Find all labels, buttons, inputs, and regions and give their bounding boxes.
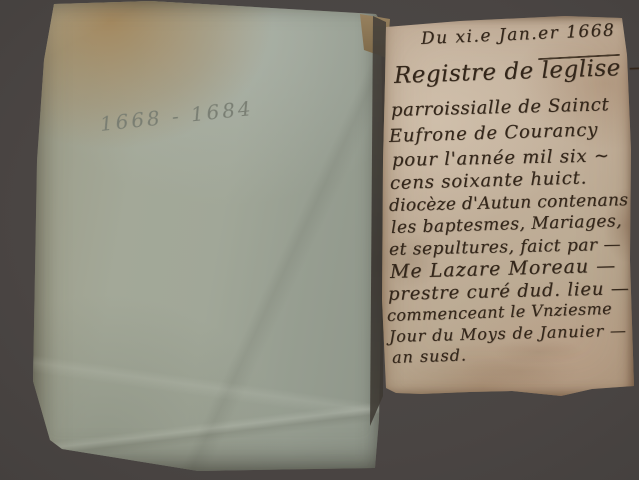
- flyleaf-page: [33, 0, 385, 472]
- archival-scan-background: 1668 - 1684 Du xi.e Jan.er 1668 Registre…: [0, 0, 639, 480]
- manuscript-line: an susd.: [392, 345, 468, 367]
